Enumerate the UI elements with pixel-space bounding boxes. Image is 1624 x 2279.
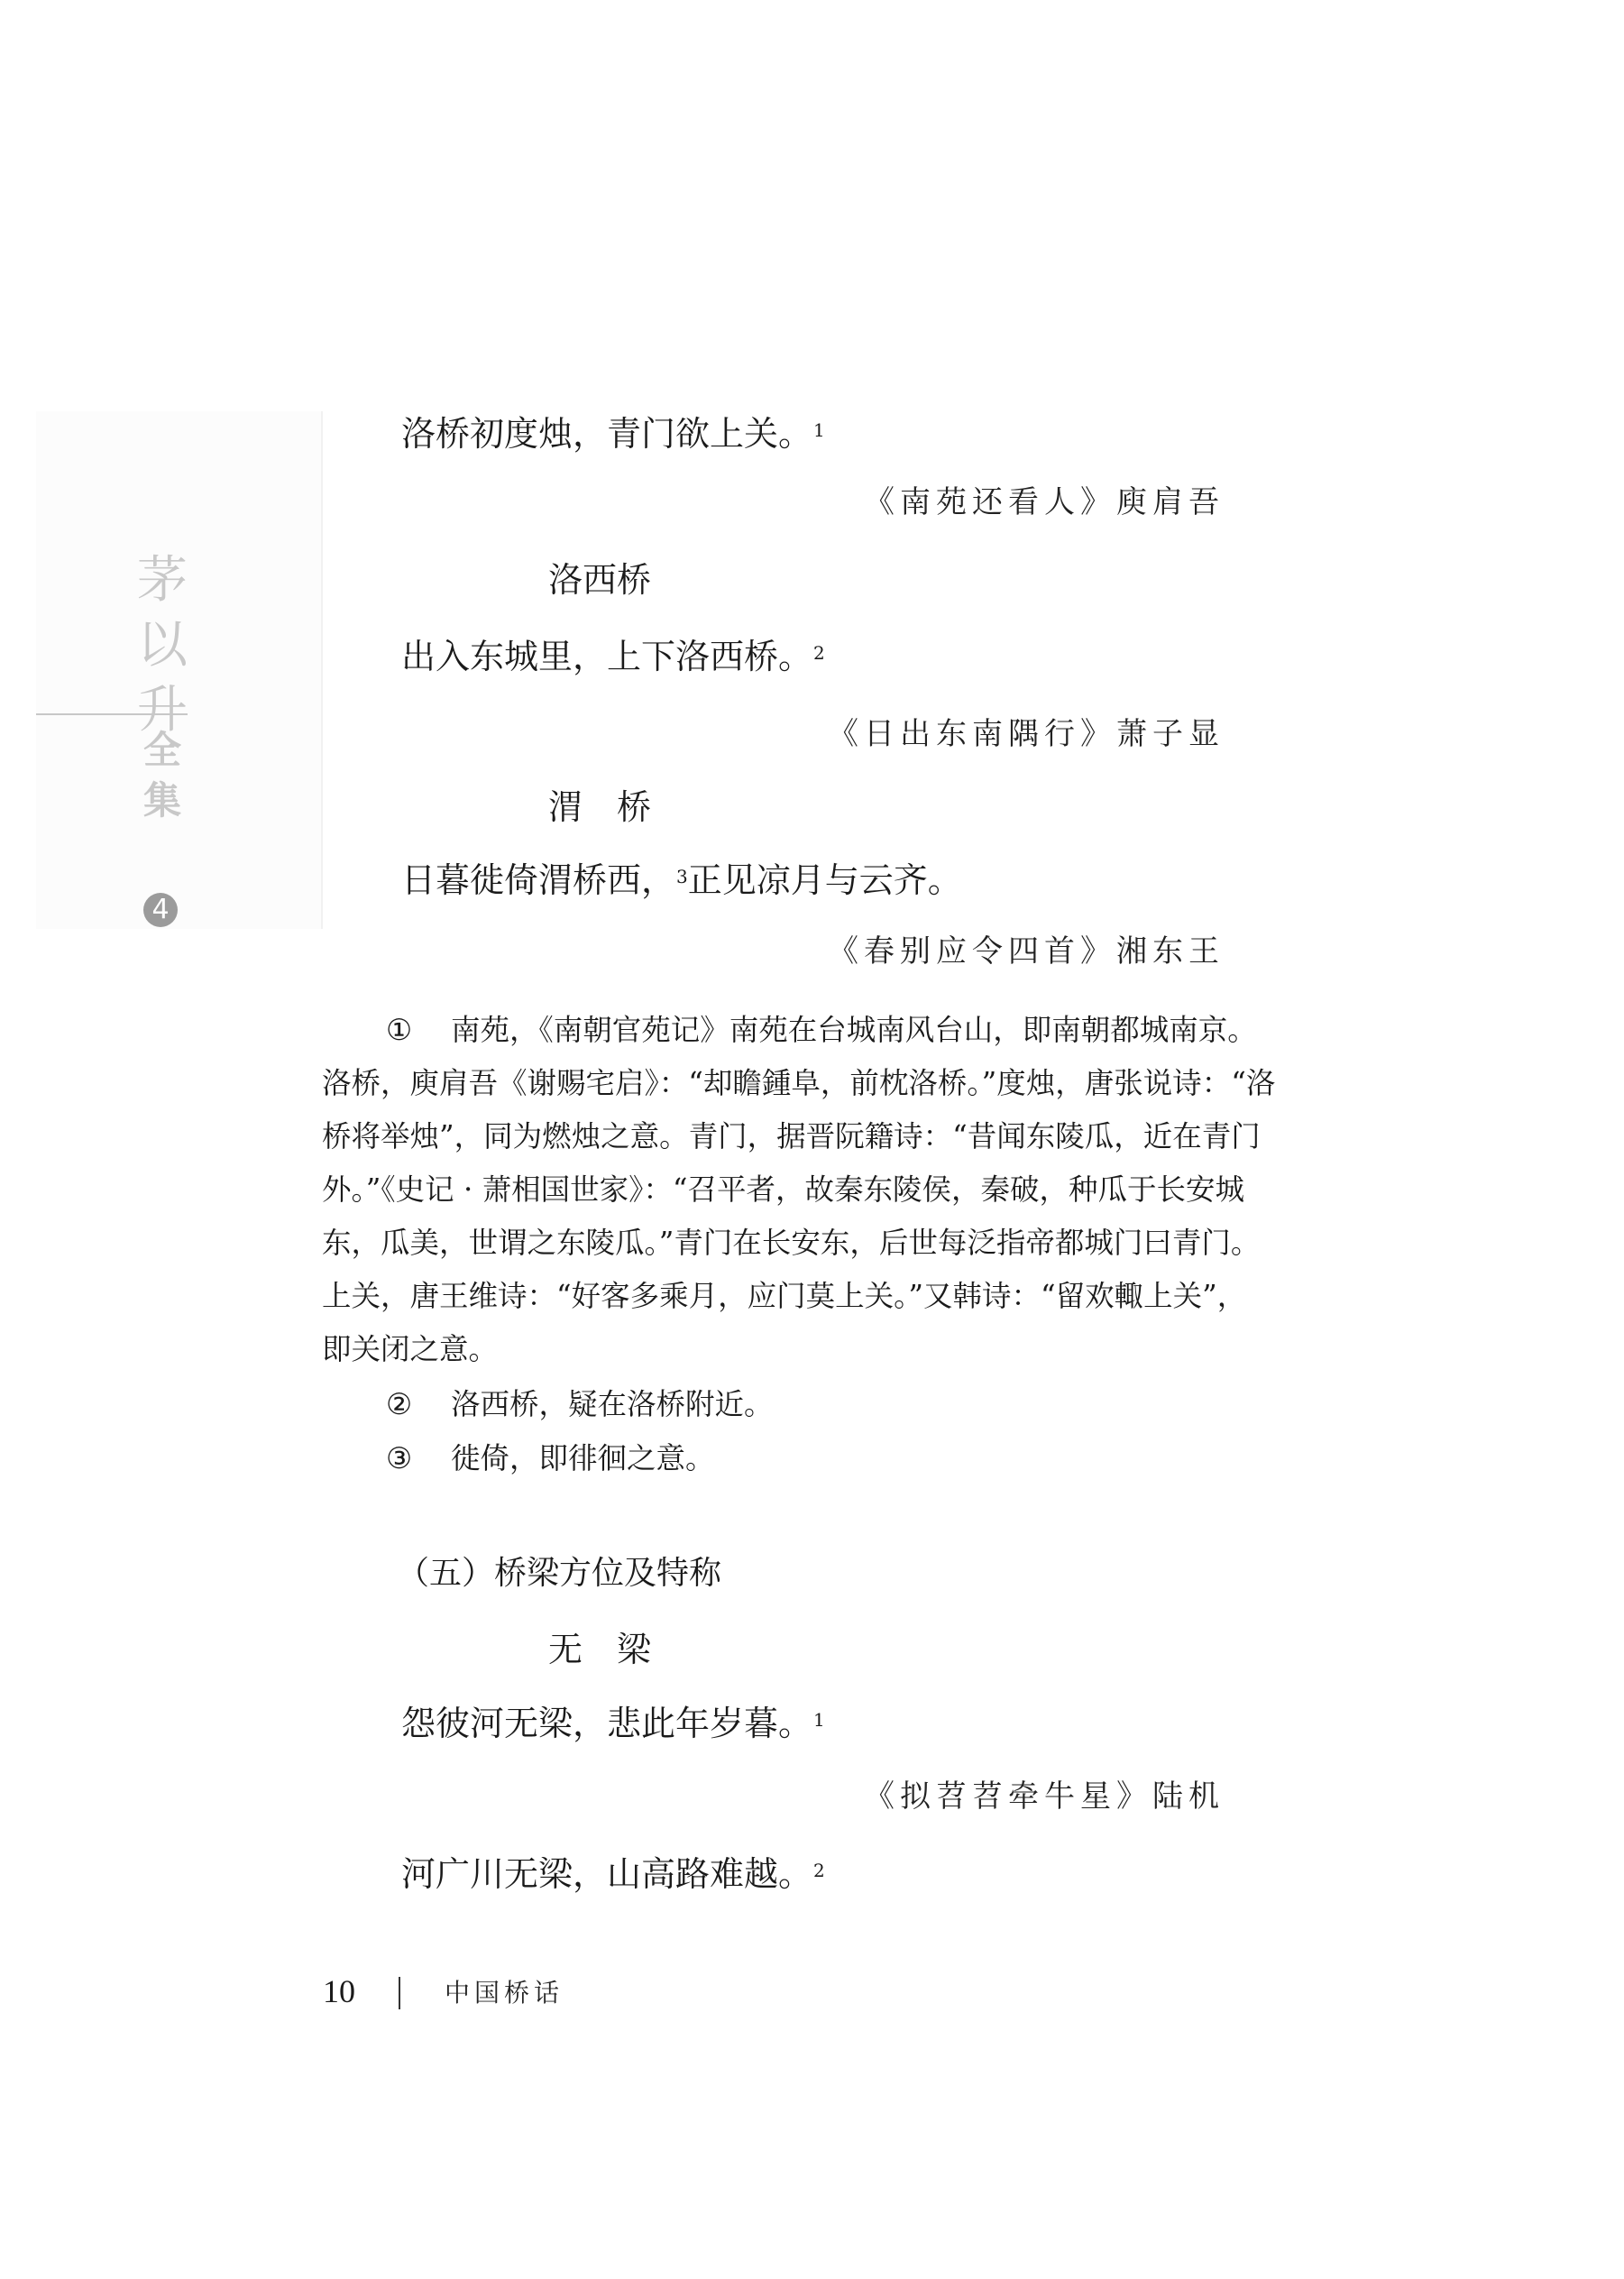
footer-divider: [399, 1977, 400, 2009]
footnote-text: 南苑，《南朝官苑记》南苑在台城南风台山，即南朝都城南京。: [451, 1013, 1257, 1047]
poem-heading: 渭 桥: [548, 786, 651, 828]
footnote-ref[interactable]: 1: [813, 1709, 825, 1731]
poem-source: 《春别应令四首》湘东王: [828, 932, 1225, 971]
footnote-text: 洛西桥，疑在洛桥附近。: [451, 1387, 774, 1421]
poem-text: 洛桥初度烛，青门欲上关。: [401, 414, 812, 454]
poem-line: 怨彼河无梁，悲此年岁暮。1: [401, 1703, 825, 1744]
footnote-marker: ③: [386, 1440, 451, 1476]
footnote-1-cont: 东，瓜美，世谓之东陵瓜。”青门在长安东，后世每泛指帝都城门曰青门。: [322, 1225, 1305, 1261]
poem-line: 洛桥初度烛，青门欲上关。1: [401, 413, 825, 455]
footnote-1-cont: 外。”《史记 · 萧相国世家》：“召平者，故秦东陵侯，秦破，种瓜于长安城: [322, 1172, 1305, 1208]
poem-line: 河广川无梁，山高路难越。2: [401, 1853, 825, 1895]
page-number: 10: [323, 1973, 355, 2009]
footnote-ref[interactable]: 1: [813, 419, 825, 441]
footnote-1-cont: 即关闭之意。: [322, 1331, 1305, 1367]
footnote-1-cont: 桥将举烛”，同为燃烛之意。青门，据晋阮籍诗：“昔闻东陵瓜，近在青门: [322, 1118, 1305, 1154]
poem-heading: 无 梁: [548, 1629, 651, 1670]
poem-text: 日暮徙倚渭桥西，: [401, 860, 675, 900]
footnote-1-cont: 上关，唐王维诗：“好客多乘月，应门莫上关。”又韩诗：“留欢輙上关”，: [322, 1278, 1305, 1314]
footnote-text: 徙倚，即徘徊之意。: [451, 1441, 715, 1475]
series-subtitle: 全集: [141, 725, 184, 826]
volume-badge: 4: [143, 893, 178, 927]
poem-line: 日暮徙倚渭桥西，3正见凉月与云齐。: [401, 859, 962, 901]
section-heading: （五）桥梁方位及特称: [397, 1553, 721, 1594]
footnote-marker: ①: [386, 1012, 451, 1048]
poem-source: 《南苑还看人》庾肩吾: [864, 482, 1225, 522]
footnote-ref[interactable]: 2: [813, 1860, 825, 1881]
poem-text: 正见凉月与云齐。: [688, 860, 962, 900]
footnote-1-cont: 洛桥，庾肩吾《谢赐宅启》：“却瞻鍾阜，前枕洛桥。”度烛，唐张说诗：“洛: [322, 1065, 1305, 1101]
running-title: 中国桥话: [445, 1977, 564, 2009]
poem-text: 出入东城里，上下洛西桥。: [401, 637, 812, 676]
footnote-1: ①南苑，《南朝官苑记》南苑在台城南风台山，即南朝都城南京。: [386, 1012, 1369, 1048]
poem-source: 《日出东南隅行》萧子显: [828, 714, 1225, 754]
footnote-marker: ②: [386, 1386, 451, 1422]
footnote-3: ③徙倚，即徘徊之意。: [386, 1440, 1369, 1476]
series-side-panel: 茅以升 全集 4: [36, 411, 323, 929]
poem-text: 河广川无梁，山高路难越。: [401, 1854, 812, 1894]
poem-source: 《拟苕苕牵牛星》陆机: [864, 1777, 1225, 1816]
footnote-ref[interactable]: 3: [676, 866, 688, 887]
footnote-ref[interactable]: 2: [813, 642, 825, 664]
footnote-2: ②洛西桥，疑在洛桥附近。: [386, 1386, 1369, 1422]
poem-heading: 洛西桥: [548, 559, 651, 601]
poem-line: 出入东城里，上下洛西桥。2: [401, 636, 825, 677]
poem-text: 怨彼河无梁，悲此年岁暮。: [401, 1704, 812, 1743]
series-divider: [36, 713, 188, 715]
